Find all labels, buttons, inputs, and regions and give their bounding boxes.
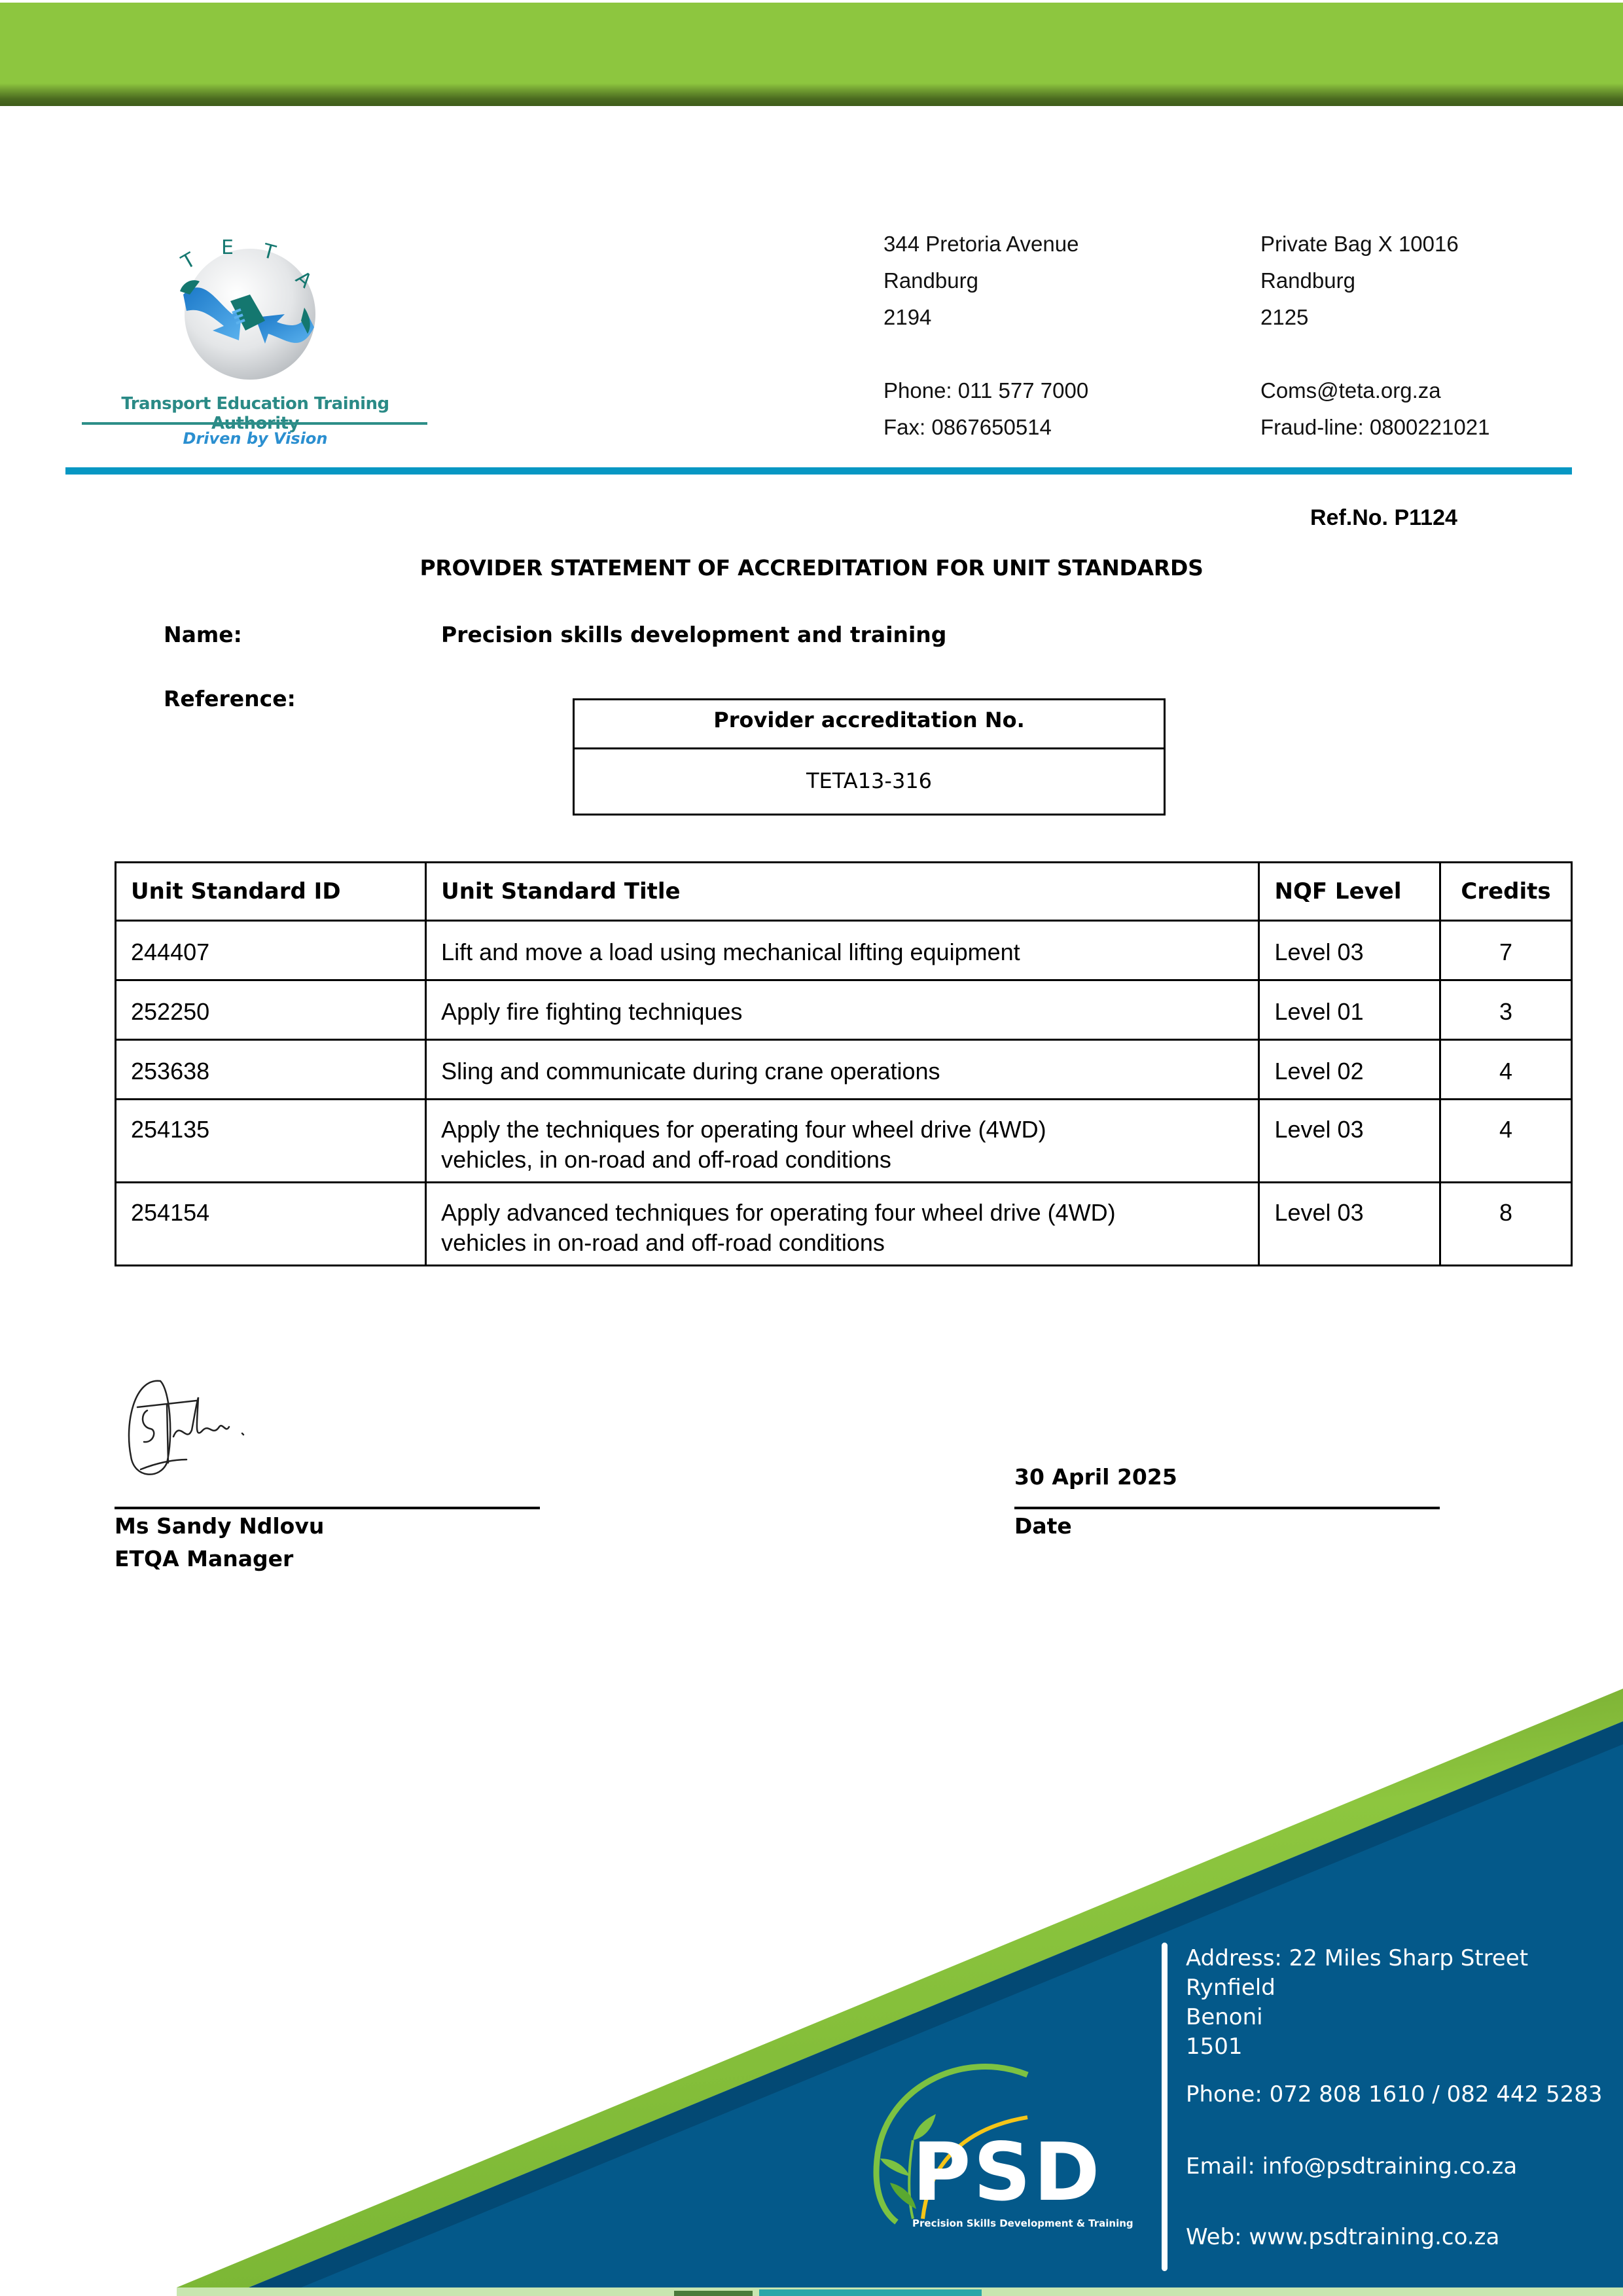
phone-number: Phone: 011 577 7000 [883,372,1088,409]
address-line: Randburg [883,262,1088,299]
nqf-level: Level 02 [1259,1040,1440,1100]
header-divider [65,467,1572,475]
credits: 4 [1440,1100,1572,1183]
footer-website[interactable]: Web: www.psdtraining.co.za [1186,2224,1499,2250]
psd-logo-tagline: Precision Skills Development & Training [912,2217,1133,2229]
unit-standard-id: 253638 [116,1040,426,1100]
svg-text:T: T [177,248,200,274]
address-line: 2125 [1260,299,1489,336]
footer-divider [1162,1943,1168,2271]
unit-standard-title: Apply advanced techniques for operating … [426,1183,1259,1266]
credits: 4 [1440,1040,1572,1100]
postal-address-block: Private Bag X 10016 Randburg 2125 Coms@t… [1260,226,1489,446]
unit-standard-id: 252250 [116,980,426,1040]
date-line [1014,1507,1440,1509]
unit-standards-table: Unit Standard ID Unit Standard Title NQF… [115,861,1573,1266]
unit-standard-id: 254135 [116,1100,426,1183]
header-green-band [0,3,1623,106]
nqf-level: Level 03 [1259,1183,1440,1266]
teta-slogan: Driven by Vision [82,429,429,448]
column-header-title: Unit Standard Title [426,863,1259,921]
footer-address-line: Benoni [1186,2003,1528,2032]
footer-address-line: Address: 22 Miles Sharp Street [1186,1944,1528,1973]
svg-text:E: E [221,236,234,259]
nqf-level: Level 03 [1259,1100,1440,1183]
address-line: Randburg [1260,262,1489,299]
email-address[interactable]: Coms@teta.org.za [1260,372,1489,409]
footer-phone: Phone: 072 808 1610 / 082 442 5283 [1186,2081,1603,2108]
footer-address-line: 1501 [1186,2032,1528,2062]
column-header-id: Unit Standard ID [116,863,426,921]
page-title: PROVIDER STATEMENT OF ACCREDITATION FOR … [0,555,1623,581]
nqf-level: Level 03 [1259,921,1440,980]
fax-number: Fax: 0867650514 [883,409,1088,446]
signed-date: 30 April 2025 [1014,1464,1177,1490]
credits: 8 [1440,1183,1572,1266]
teta-org-name: Transport Education Training Authority [82,394,429,433]
unit-standard-title: Lift and move a load using mechanical li… [426,921,1259,980]
address-line: 344 Pretoria Avenue [883,226,1088,262]
date-label: Date [1014,1513,1072,1539]
table-row: 253638Sling and communicate during crane… [116,1040,1572,1100]
provider-name: Precision skills development and trainin… [441,622,946,647]
name-label: Name: [164,622,242,647]
signatory-name: Ms Sandy Ndlovu [115,1513,324,1539]
signature-line [115,1507,540,1509]
table-row: 252250Apply fire fighting techniquesLeve… [116,980,1572,1040]
footer-address-line: Rynfield [1186,1973,1528,2003]
signature-icon [121,1365,344,1482]
accreditation-number: TETA13-316 [575,749,1164,814]
unit-standard-id: 254154 [116,1183,426,1266]
footer-email[interactable]: Email: info@psdtraining.co.za [1186,2153,1517,2179]
unit-standard-title: Apply the techniques for operating four … [426,1100,1259,1183]
table-row: 244407Lift and move a load using mechani… [116,921,1572,980]
fraud-line: Fraud-line: 0800221021 [1260,409,1489,446]
signatory-role: ETQA Manager [115,1546,293,1571]
teta-logo-divider [82,422,427,425]
column-header-credits: Credits [1440,863,1572,921]
table-row: 254154Apply advanced techniques for oper… [116,1183,1572,1266]
address-line: 2194 [883,299,1088,336]
unit-standard-title: Sling and communicate during crane opera… [426,1040,1259,1100]
unit-standard-title: Apply fire fighting techniques [426,980,1259,1040]
table-header-row: Unit Standard ID Unit Standard Title NQF… [116,863,1572,921]
accreditation-box: Provider accreditation No. TETA13-316 [573,698,1166,816]
credits: 3 [1440,980,1572,1040]
reference-number: Ref.No. P1124 [1310,505,1457,531]
nqf-level: Level 01 [1259,980,1440,1040]
physical-address-block: 344 Pretoria Avenue Randburg 2194 Phone:… [883,226,1088,446]
reference-label: Reference: [164,686,296,711]
column-header-nqf: NQF Level [1259,863,1440,921]
address-line: Private Bag X 10016 [1260,226,1489,262]
accreditation-header: Provider accreditation No. [575,700,1164,749]
psd-logo-text: PSD [912,2132,1103,2212]
unit-standard-id: 244407 [116,921,426,980]
credits: 7 [1440,921,1572,980]
table-row: 254135Apply the techniques for operating… [116,1100,1572,1183]
